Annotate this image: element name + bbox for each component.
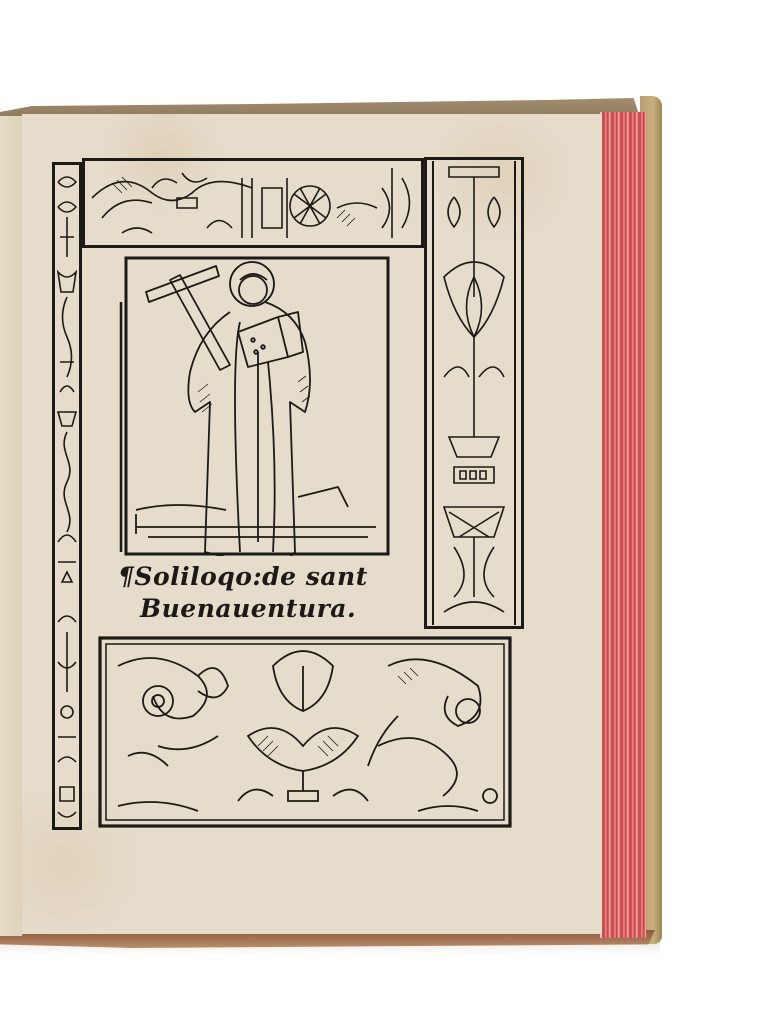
pilcrow-mark: ¶ bbox=[118, 562, 134, 591]
title-line-1: ¶Soliloqo:de sant bbox=[118, 562, 368, 591]
left-page-edge bbox=[0, 116, 23, 936]
saint-bonaventure-woodcut bbox=[118, 252, 390, 556]
bottom-border-woodcut bbox=[98, 636, 512, 828]
title-text-2: Buenauentura. bbox=[140, 594, 356, 623]
title-line-2: Buenauentura. bbox=[140, 594, 356, 623]
red-fore-edge bbox=[600, 112, 646, 938]
book-photo: ¶Soliloqo:de sant Buenauentura. bbox=[0, 0, 768, 1031]
left-border-woodcut bbox=[52, 162, 82, 830]
right-border-woodcut bbox=[424, 157, 524, 629]
top-border-woodcut bbox=[82, 158, 424, 248]
title-text-1: Soliloqo:de sant bbox=[134, 562, 367, 591]
